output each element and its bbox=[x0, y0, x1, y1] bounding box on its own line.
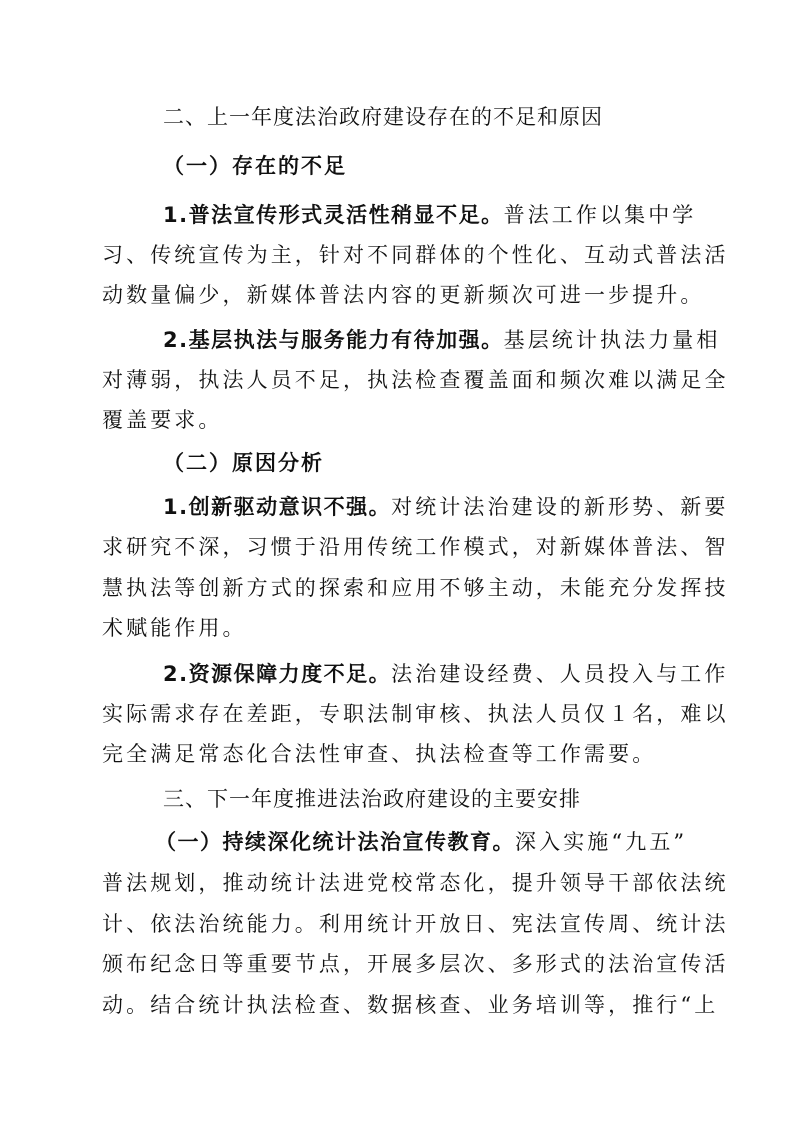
paragraph-text: 基层统计执法力量相 bbox=[504, 328, 721, 352]
subsection-heading: （二）原因分析 bbox=[163, 449, 743, 477]
paragraph-line: 动数量偏少，新媒体普法内容的更新频次可进一步提升。 bbox=[102, 281, 682, 309]
paragraph-line: 动。结合统计执法检查、数据核查、业务培训等，推行“上 bbox=[102, 991, 682, 1019]
paragraph-line: 颁布纪念日等重要节点，开展多层次、多形式的法治宣传活 bbox=[102, 950, 682, 978]
paragraph-title: 2.资源保障力度不足。 bbox=[163, 662, 391, 686]
paragraph-line: 习、传统宣传为主，针对不同群体的个性化、互动式普法活 bbox=[102, 241, 682, 269]
paragraph-text: 普法工作以集中学 bbox=[504, 203, 697, 227]
paragraph-text: 深入实施“九五” bbox=[515, 830, 687, 854]
paragraph-text: 法治建设经费、人员投入与工作 bbox=[391, 662, 728, 686]
paragraph-title: （一）持续深化统计法治宣传教育。 bbox=[155, 830, 515, 854]
subsection-heading: （一）存在的不足 bbox=[163, 152, 743, 180]
paragraph: 1.创新驱动意识不强。对统计法治建设的新形势、新要 bbox=[163, 493, 743, 521]
document-page: 二、上一年度法治政府建设存在的不足和原因 （一）存在的不足 1.普法宣传形式灵活… bbox=[0, 0, 793, 1122]
paragraph-line: 完全满足常态化合法性审查、执法检查等工作需要。 bbox=[102, 740, 682, 768]
paragraph-line: 慧执法等创新方式的探索和应用不够主动，未能充分发挥技 bbox=[102, 574, 682, 602]
paragraph-line: 普法规划，推动统计法进党校常态化，提升领导干部依法统 bbox=[102, 869, 682, 897]
paragraph-title: 1.创新驱动意识不强。 bbox=[163, 495, 391, 519]
paragraph-line: 覆盖要求。 bbox=[102, 406, 682, 434]
paragraph-title: 2.基层执法与服务能力有待加强。 bbox=[163, 328, 504, 352]
paragraph-title: 1.普法宣传形式灵活性稍显不足。 bbox=[163, 203, 504, 227]
paragraph-line: 求研究不深，习惯于沿用传统工作模式，对新媒体普法、智 bbox=[102, 533, 682, 561]
section-heading: 二、上一年度法治政府建设存在的不足和原因 bbox=[163, 103, 743, 131]
paragraph: （一）持续深化统计法治宣传教育。深入实施“九五” bbox=[155, 828, 735, 856]
paragraph-text: 对统计法治建设的新形势、新要 bbox=[391, 495, 728, 519]
paragraph-line: 对薄弱，执法人员不足，执法检查覆盖面和频次难以满足全 bbox=[102, 366, 682, 394]
paragraph-line: 计、依法治统能力。利用统计开放日、宪法宣传周、统计法 bbox=[102, 910, 682, 938]
paragraph: 2.资源保障力度不足。法治建设经费、人员投入与工作 bbox=[163, 660, 743, 688]
paragraph-line: 实际需求存在差距，专职法制审核、执法人员仅１名，难以 bbox=[102, 700, 682, 728]
section-heading: 三、下一年度推进法治政府建设的主要安排 bbox=[163, 785, 743, 813]
paragraph-line: 术赋能作用。 bbox=[102, 614, 682, 642]
paragraph: 2.基层执法与服务能力有待加强。基层统计执法力量相 bbox=[163, 326, 743, 354]
paragraph: 1.普法宣传形式灵活性稍显不足。普法工作以集中学 bbox=[163, 201, 743, 229]
